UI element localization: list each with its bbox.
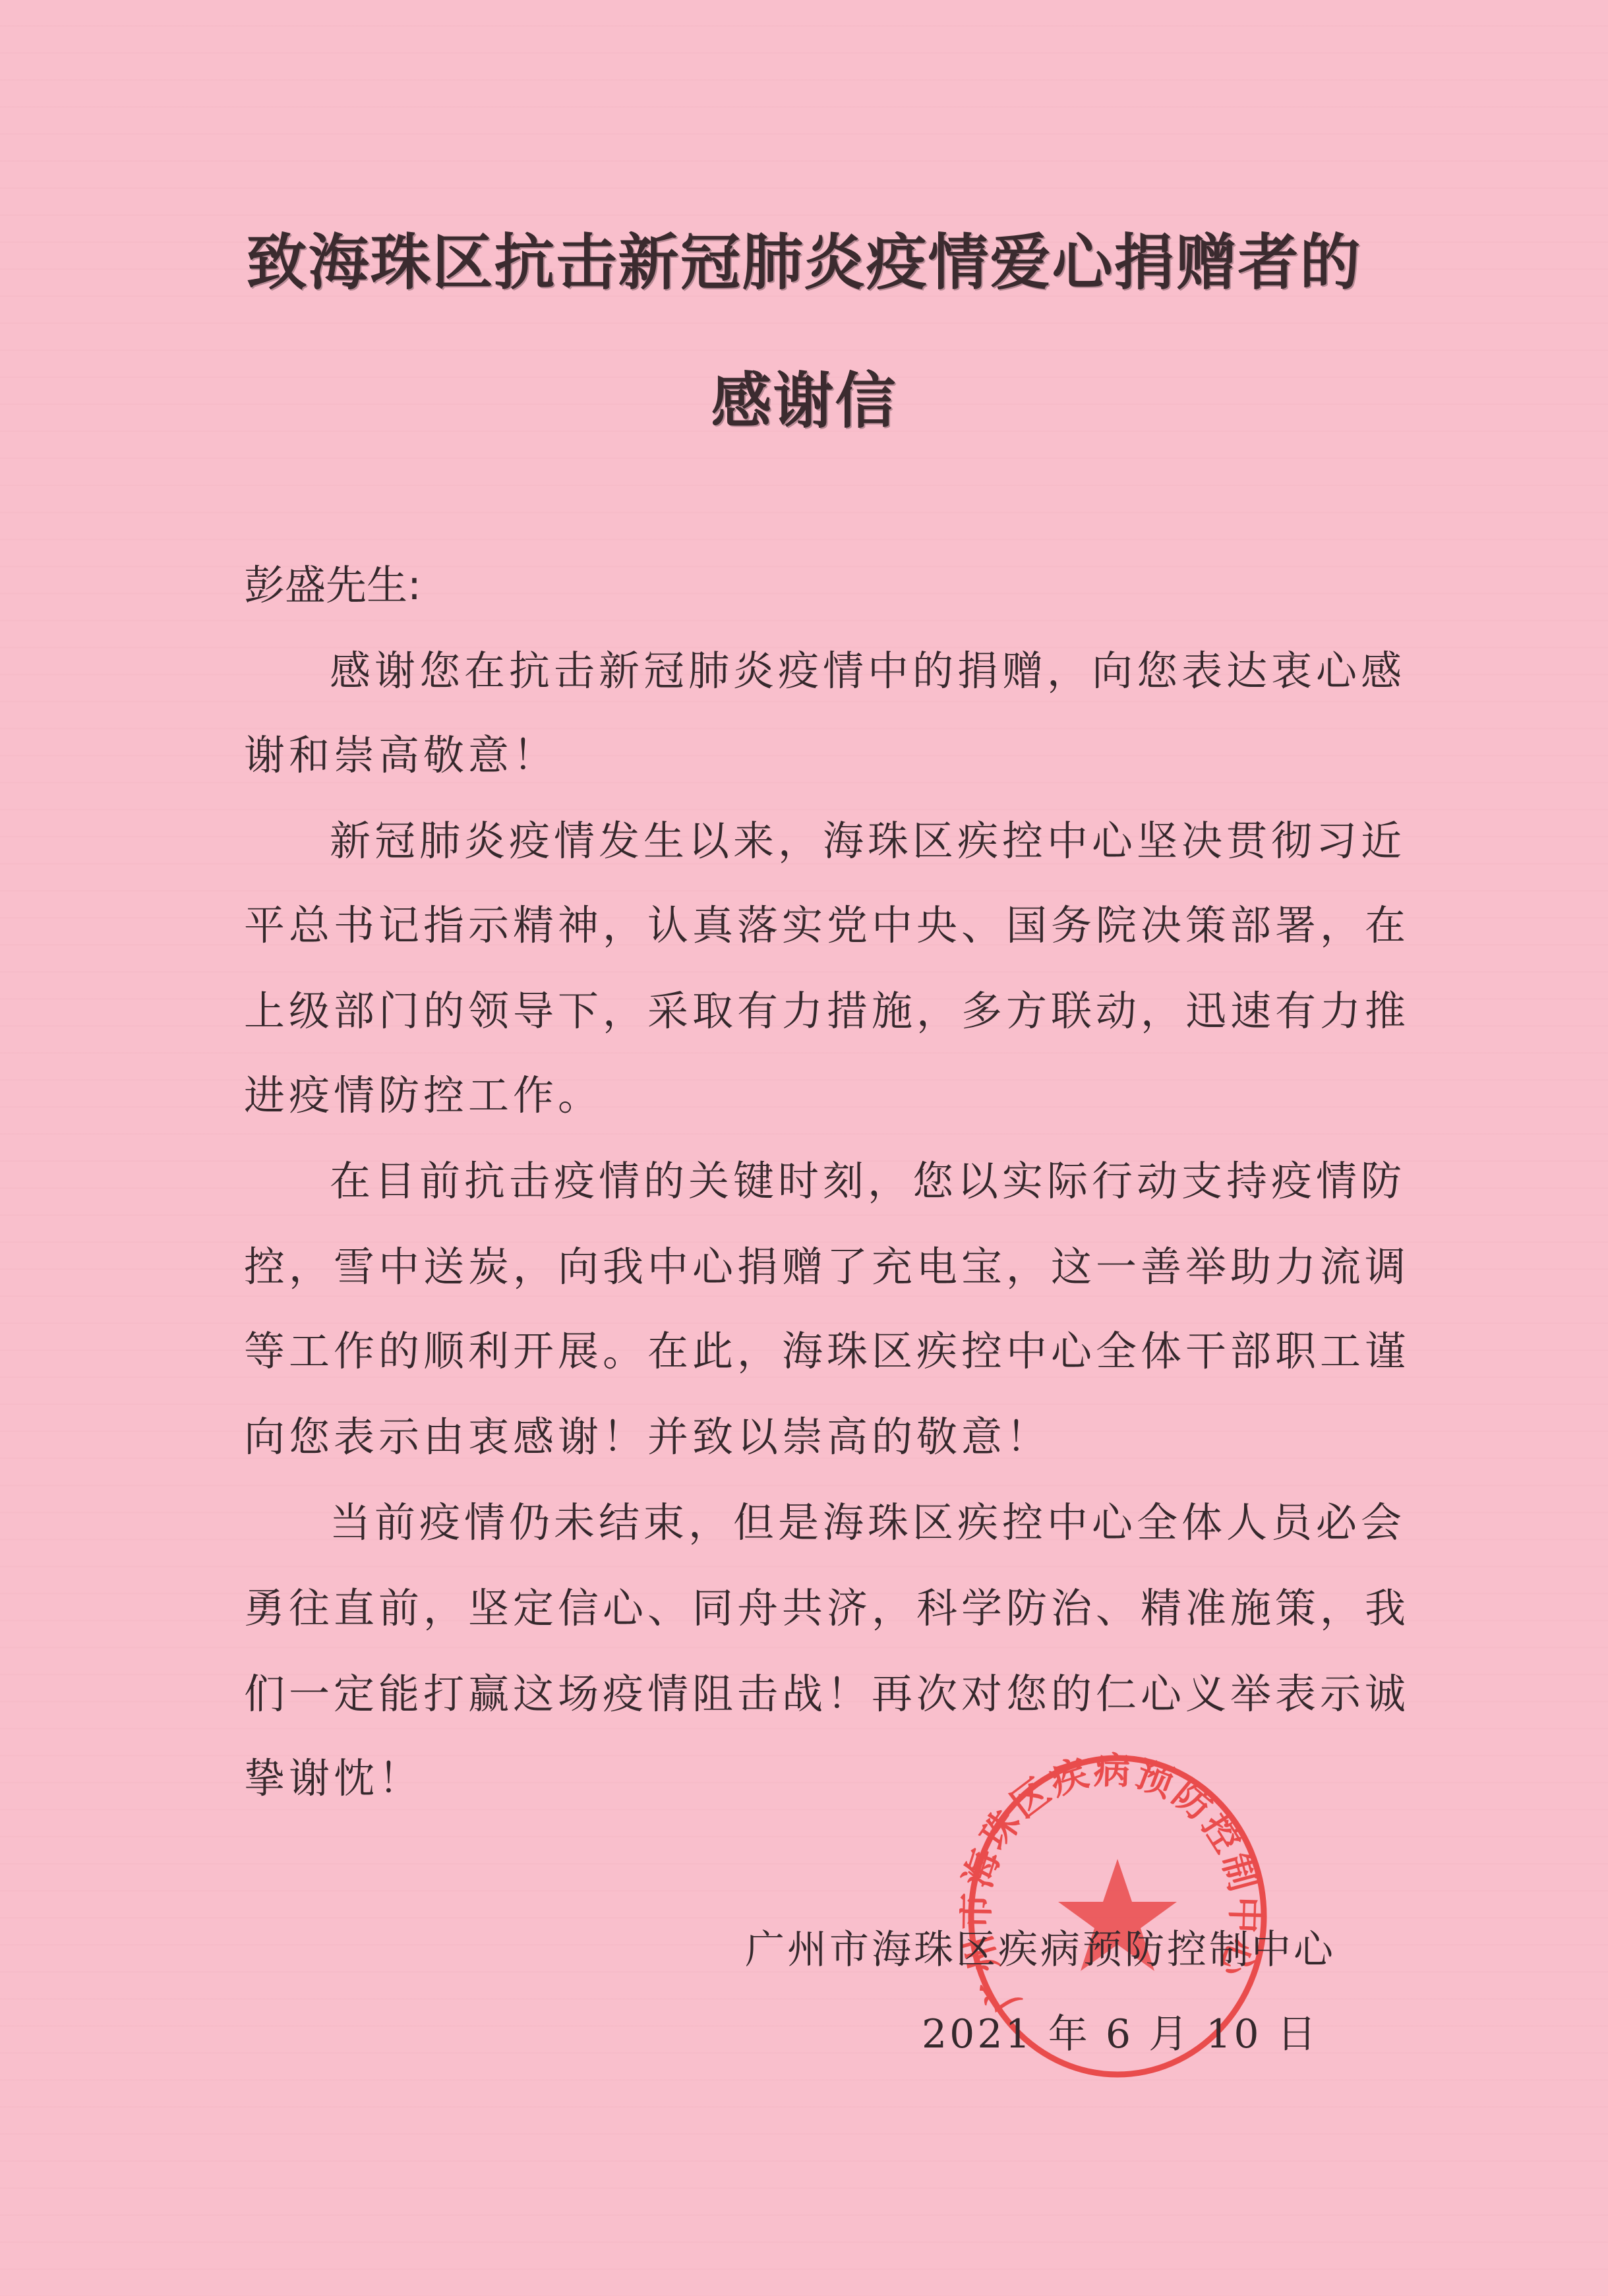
body-line: 挚谢忱！ — [244, 1746, 423, 1804]
body-line: 平总书记指示精神，认真落实党中央、国务院决策部署，在 — [244, 893, 1410, 951]
body-line: 谢和崇高敬意！ — [244, 722, 558, 781]
body-line: 进疫情防控工作。 — [244, 1063, 603, 1121]
body-line: 当前疫情仍未结束，但是海珠区疾控中心全体人员必会 — [330, 1490, 1406, 1548]
letter-title: 致海珠区抗击新冠肺炎疫情爱心捐赠者的 — [0, 214, 1608, 301]
letter-title-subtitle: 感谢信 — [0, 353, 1608, 440]
letter-date: 2021 年 6 月 10 日 — [922, 2003, 1319, 2059]
body-line: 新冠肺炎疫情发生以来，海珠区疾控中心坚决贯彻习近 — [330, 808, 1406, 867]
body-line: 向您表示由衷感谢！并致以崇高的敬意！ — [244, 1404, 1051, 1463]
body-line: 上级部门的领导下，采取有力措施，多方联动，迅速有力推 — [244, 978, 1410, 1037]
body-line: 感谢您在抗击新冠肺炎疫情中的捐赠，向您表达衷心感 — [330, 638, 1406, 697]
body-line: 等工作的顺利开展。在此，海珠区疾控中心全体干部职工谨 — [244, 1318, 1410, 1377]
body-line: 在目前抗击疫情的关键时刻，您以实际行动支持疫情防 — [330, 1148, 1406, 1207]
body-line: 们一定能打赢这场疫情阻击战！再次对您的仁心义举表示诚 — [244, 1661, 1410, 1720]
body-line: 控，雪中送炭，向我中心捐赠了充电宝，这一善举助力流调 — [244, 1234, 1410, 1293]
body-line: 勇往直前，坚定信心、同舟共济，科学防治、精准施策，我 — [244, 1575, 1410, 1634]
salutation: 彭盛先生: — [244, 552, 421, 611]
signature-organization: 广州市海珠区疾病预防控制中心 — [745, 1918, 1336, 1975]
